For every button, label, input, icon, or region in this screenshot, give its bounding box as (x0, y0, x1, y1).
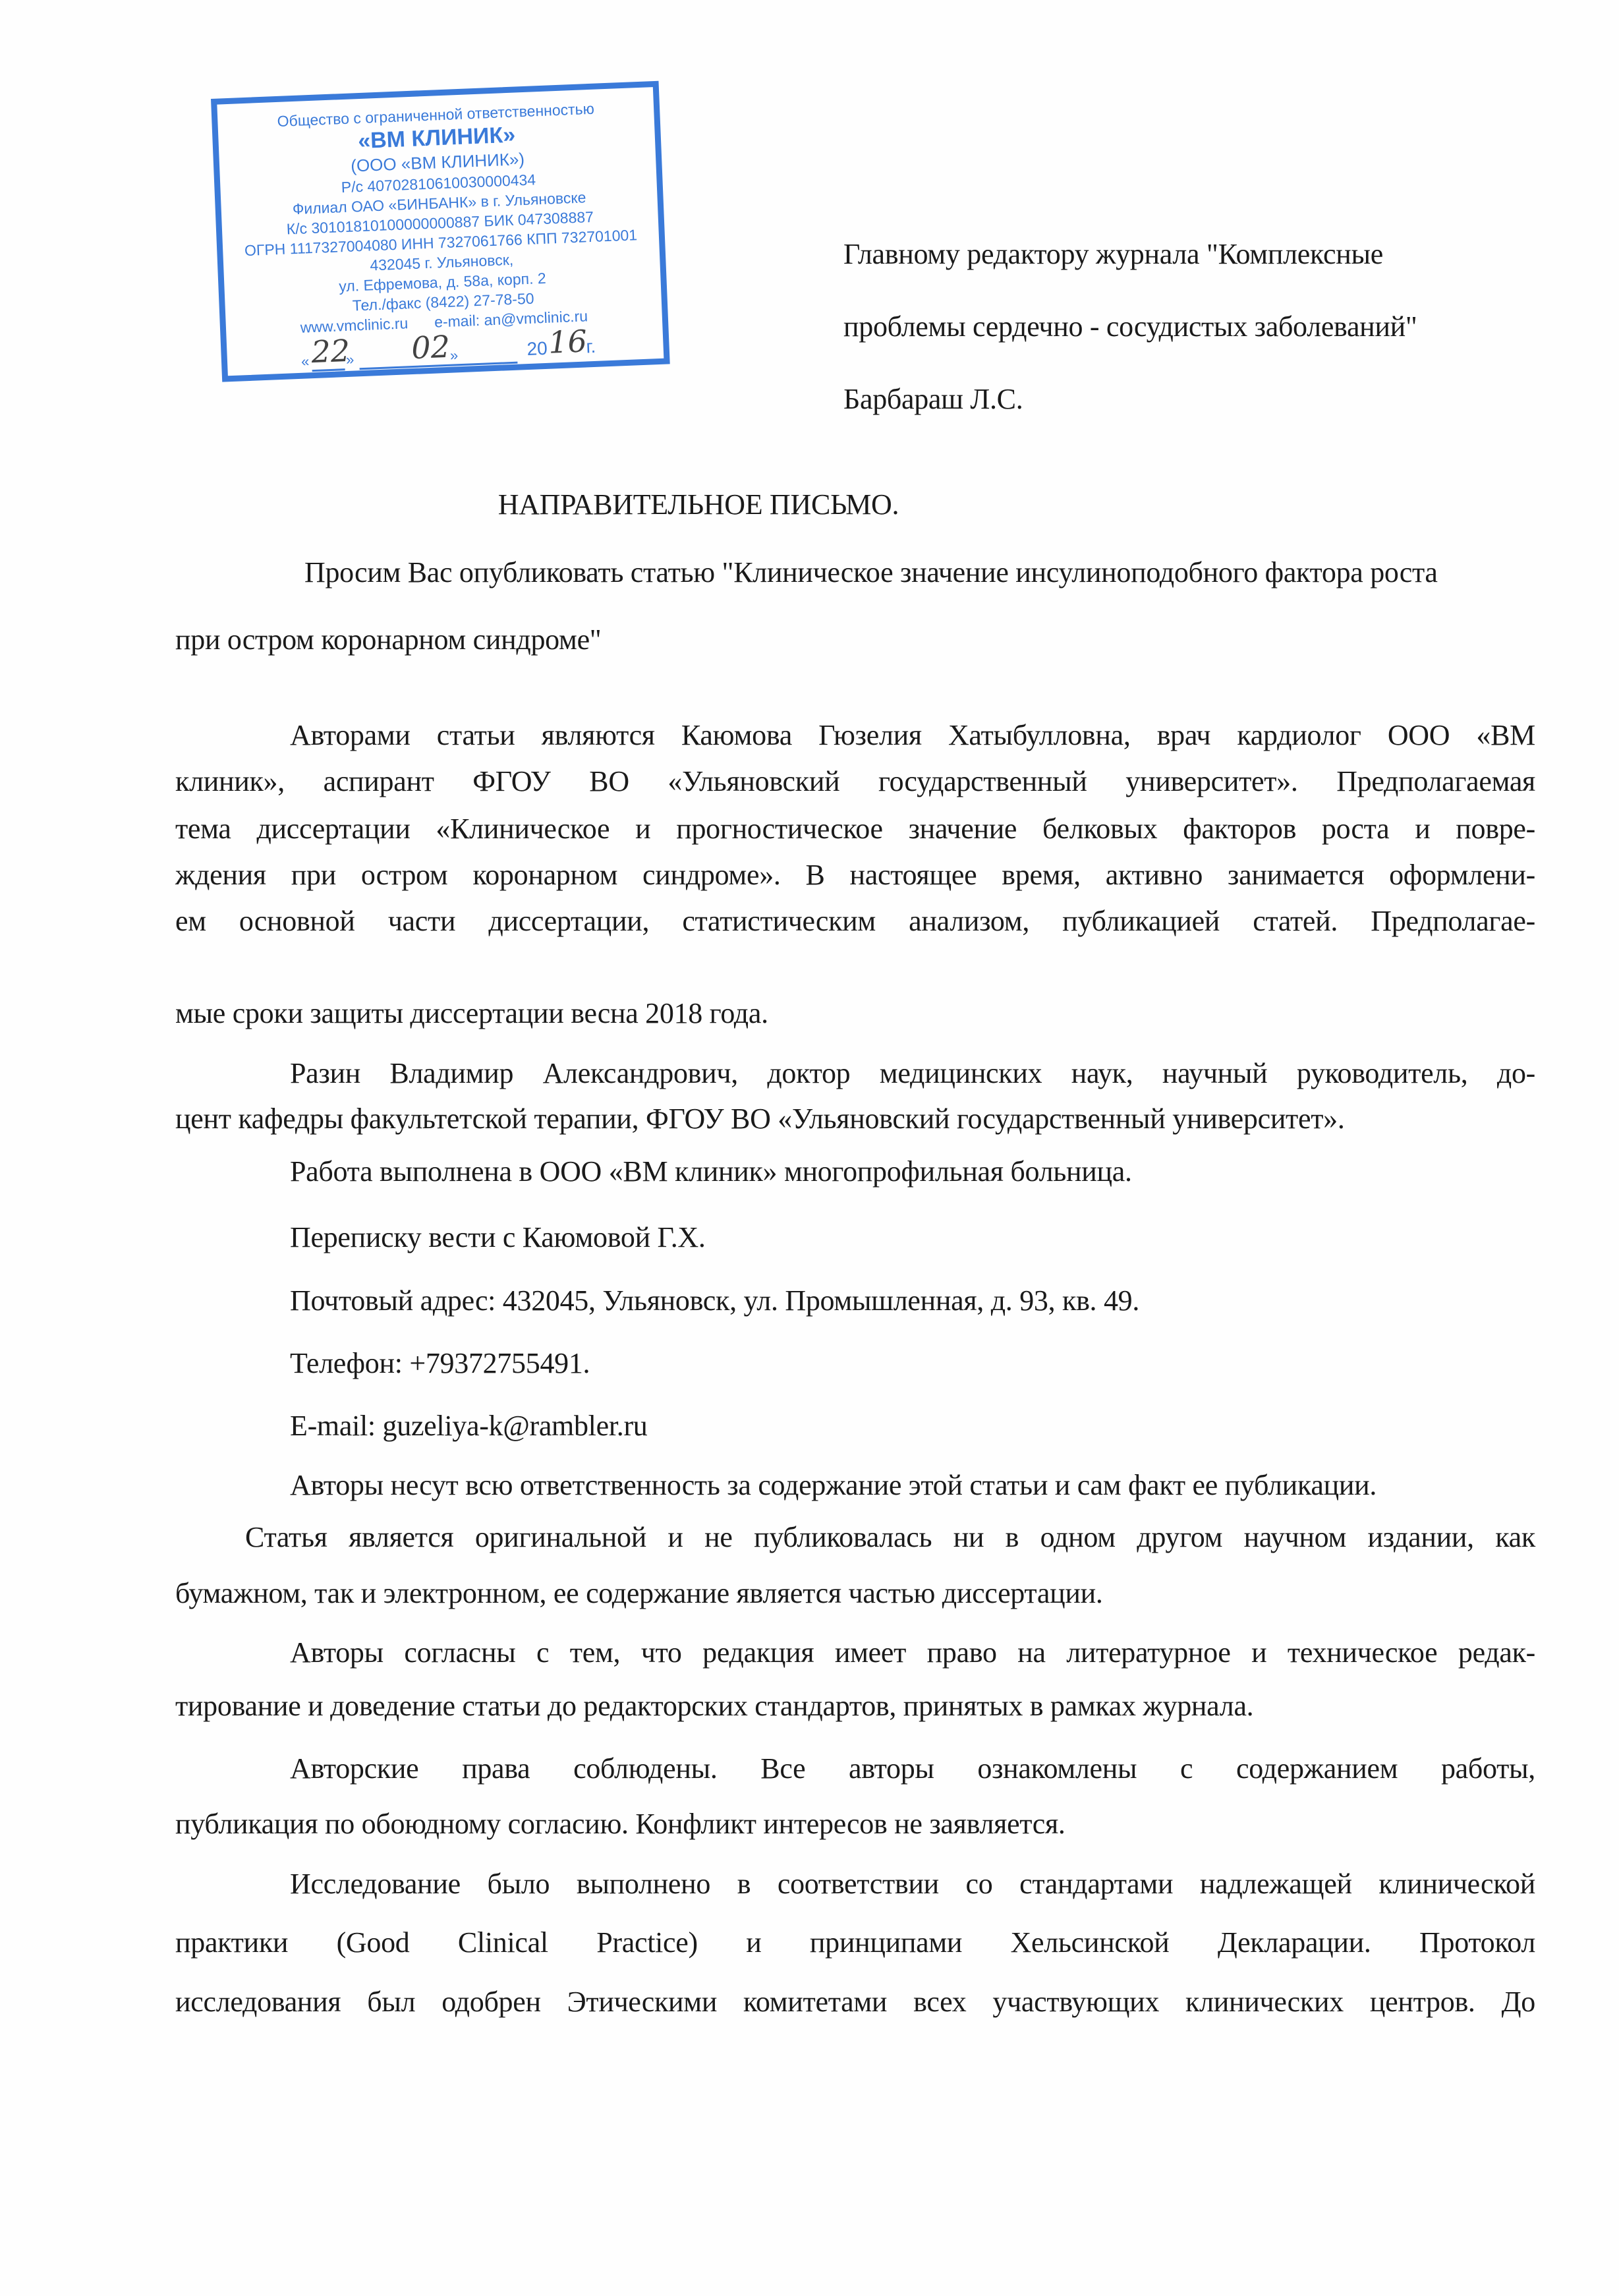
stamp-date-month: 02 (411, 329, 451, 366)
postal-address: Почтовый адрес: 432045, Ульяновск, ул. П… (290, 1284, 1139, 1318)
copyright-line-2: публикация по обоюдному согласию. Конфли… (175, 1807, 1065, 1841)
authors-line-2: клиник», аспирант ФГОУ ВО «Ульяновский г… (175, 764, 1535, 799)
document-page: Общество с ограниченной ответственностью… (0, 0, 1619, 2296)
authors-line-5: ем основной части диссертации, статистич… (175, 904, 1535, 938)
stamp-date-suffix: г. (586, 336, 596, 358)
editing-consent-line-1: Авторы согласны с тем, что редакция имее… (290, 1636, 1535, 1670)
copyright-line-1: Авторские права соблюдены. Все авторы оз… (290, 1752, 1535, 1786)
authors-line-4: ждения при остром коронарном синдроме». … (175, 858, 1535, 892)
company-stamp: Общество с ограниченной ответственностью… (211, 81, 670, 382)
work-place: Работа выполнена в ООО «ВМ клиник» много… (290, 1155, 1132, 1189)
correspondence: Переписку вести с Каюмовой Г.Х. (290, 1220, 706, 1255)
originality-line-1: Статья является оригинальной и не публик… (245, 1520, 1535, 1555)
stamp-date-year-prefix: 20 (526, 338, 548, 360)
stamp-date-open-quote: « (301, 353, 310, 370)
authors-line-6: мые сроки защиты диссертации весна 2018 … (175, 996, 768, 1031)
request-line-1: Просим Вас опубликовать статью "Клиничес… (304, 556, 1438, 590)
originality-line-2: бумажном, так и электронном, ее содержан… (175, 1576, 1103, 1611)
contact-email: E-mail: guzeliya-k@rambler.ru (290, 1409, 648, 1443)
authors-line-3: тема диссертации «Клиническое и прогност… (175, 812, 1535, 846)
responsibility-statement: Авторы несут всю ответственность за соде… (290, 1468, 1377, 1503)
addressee-name: Барбараш Л.С. (843, 382, 1023, 416)
ethics-line-1: Исследование было выполнено в соответств… (290, 1867, 1535, 1901)
ethics-line-2: практики (Good Clinical Practice) и прин… (175, 1926, 1535, 1960)
stamp-date-month-quote: » (449, 347, 458, 364)
request-line-2: при остром коронарном синдроме" (175, 623, 601, 657)
addressee-line-2: проблемы сердечно - сосудистых заболеван… (843, 310, 1417, 344)
supervisor-line-2: цент кафедры факультетской терапии, ФГОУ… (175, 1102, 1345, 1136)
addressee-line-1: Главному редактору журнала "Комплексные (843, 237, 1383, 272)
ethics-line-3: исследования был одобрен Этическими коми… (175, 1985, 1535, 2019)
stamp-date-year-suffix: 16 (548, 323, 588, 360)
stamp-date-day: 22 (310, 333, 351, 370)
phone-number: Телефон: +79372755491. (290, 1346, 590, 1381)
stamp-day-underline (312, 368, 345, 372)
editing-consent-line-2: тирование и доведение статьи до редактор… (175, 1689, 1253, 1723)
supervisor-line-1: Разин Владимир Александрович, доктор мед… (290, 1056, 1535, 1091)
letter-title: НАПРАВИТЕЛЬНОЕ ПИСЬМО. (0, 488, 1397, 522)
authors-line-1: Авторами статьи являются Каюмова Гюзелия… (290, 718, 1535, 753)
stamp-date-close-quote: » (346, 351, 355, 368)
